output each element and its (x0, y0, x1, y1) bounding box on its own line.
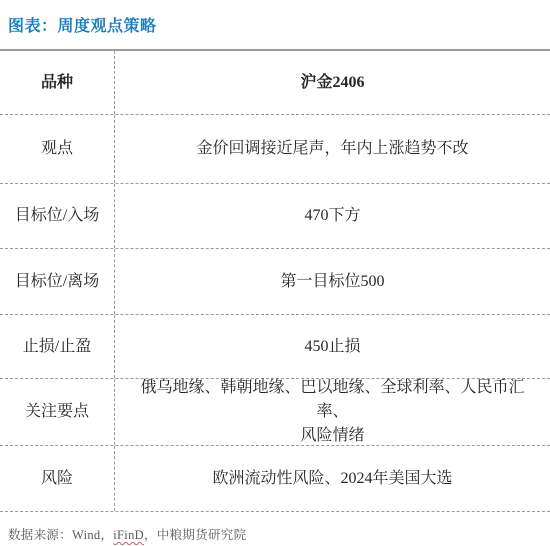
table-row-target-entry: 目标位/入场 470下方 (0, 184, 550, 249)
row-label: 目标位/离场 (0, 249, 115, 314)
page-title: 图表：周度观点策略 (0, 0, 550, 36)
ifind-link[interactable]: iFinD (113, 528, 144, 542)
data-source-prefix: 数据来源：Wind， (8, 528, 113, 542)
row-label: 品种 (0, 51, 115, 114)
row-value: 金价回调接近尾声，年内上涨趋势不改 (115, 115, 550, 183)
row-value: 沪金2406 (115, 51, 550, 114)
table-row-target-exit: 目标位/离场 第一目标位500 (0, 249, 550, 315)
table-row-variety: 品种 沪金2406 (0, 51, 550, 115)
row-value: 俄乌地缘、韩朝地缘、巴以地缘、全球利率、人民币汇率、 风险情绪 (115, 379, 550, 445)
row-label: 观点 (0, 115, 115, 183)
row-value: 470下方 (115, 184, 550, 248)
table-row-risk: 风险 欧洲流动性风险、2024年美国大选 (0, 446, 550, 512)
table-row-focus-points: 关注要点 俄乌地缘、韩朝地缘、巴以地缘、全球利率、人民币汇率、 风险情绪 (0, 379, 550, 446)
row-label: 止损/止盈 (0, 315, 115, 378)
data-source-suffix: ，中粮期货研究院 (144, 528, 246, 542)
report-table-figure: 图表：周度观点策略 品种 沪金2406 观点 金价回调接近尾声，年内上涨趋势不改… (0, 0, 550, 546)
row-value: 第一目标位500 (115, 249, 550, 314)
row-value: 欧洲流动性风险、2024年美国大选 (115, 446, 550, 511)
table-row-stoploss: 止损/止盈 450止损 (0, 315, 550, 379)
row-label: 目标位/入场 (0, 184, 115, 248)
row-label: 关注要点 (0, 379, 115, 445)
row-value: 450止损 (115, 315, 550, 378)
row-label: 风险 (0, 446, 115, 511)
strategy-table: 品种 沪金2406 观点 金价回调接近尾声，年内上涨趋势不改 目标位/入场 47… (0, 49, 550, 512)
data-source: 数据来源：Wind，iFinD，中粮期货研究院 (8, 525, 550, 543)
table-row-viewpoint: 观点 金价回调接近尾声，年内上涨趋势不改 (0, 115, 550, 184)
